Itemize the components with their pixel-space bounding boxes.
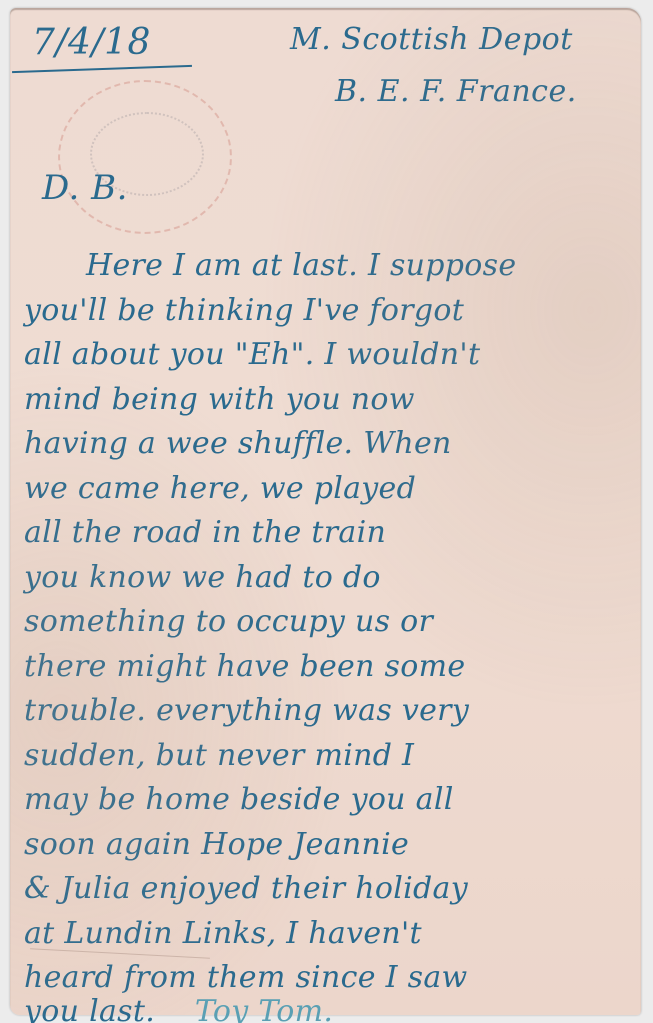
letter-line: soon again Hope Jeannie [24, 823, 644, 868]
letter-body: Here I am at last. I suppose you'll be t… [24, 244, 644, 1023]
letter-line: all the road in the train [24, 511, 644, 556]
closing-text: you last. [24, 994, 155, 1023]
postcard: 7/4/18 M. Scottish Depot B. E. F. France… [10, 8, 641, 1015]
letter-line: having a wee shuffle. When [24, 422, 644, 467]
salutation: D. B. [42, 168, 128, 208]
letter-last-line: you last. Toy Tom. [24, 1001, 644, 1023]
date-underline [12, 65, 192, 73]
letter-line: sudden, but never mind I [24, 734, 644, 779]
letter-line: all about you "Eh". I wouldn't [24, 333, 644, 378]
address-line-1: M. Scottish Depot [290, 22, 573, 57]
address-line-2: B. E. F. France. [335, 74, 577, 109]
letter-line: at Lundin Links, I haven't [24, 912, 644, 957]
date: 7/4/18 [32, 22, 151, 63]
letter-line: trouble. everything was very [24, 689, 644, 734]
letter-line: you'll be thinking I've forgot [24, 289, 644, 334]
letter-line: Here I am at last. I suppose [24, 244, 644, 289]
letter-line: may be home beside you all [24, 778, 644, 823]
letter-line: you know we had to do [24, 556, 644, 601]
signature: Toy Tom. [195, 994, 333, 1023]
postmark-stamp [58, 80, 232, 234]
letter-line: & Julia enjoyed their holiday [24, 867, 644, 912]
letter-line: something to occupy us or [24, 600, 644, 645]
letter-line: we came here, we played [24, 467, 644, 512]
letter-line: there might have been some [24, 645, 644, 690]
letter-line: mind being with you now [24, 378, 644, 423]
